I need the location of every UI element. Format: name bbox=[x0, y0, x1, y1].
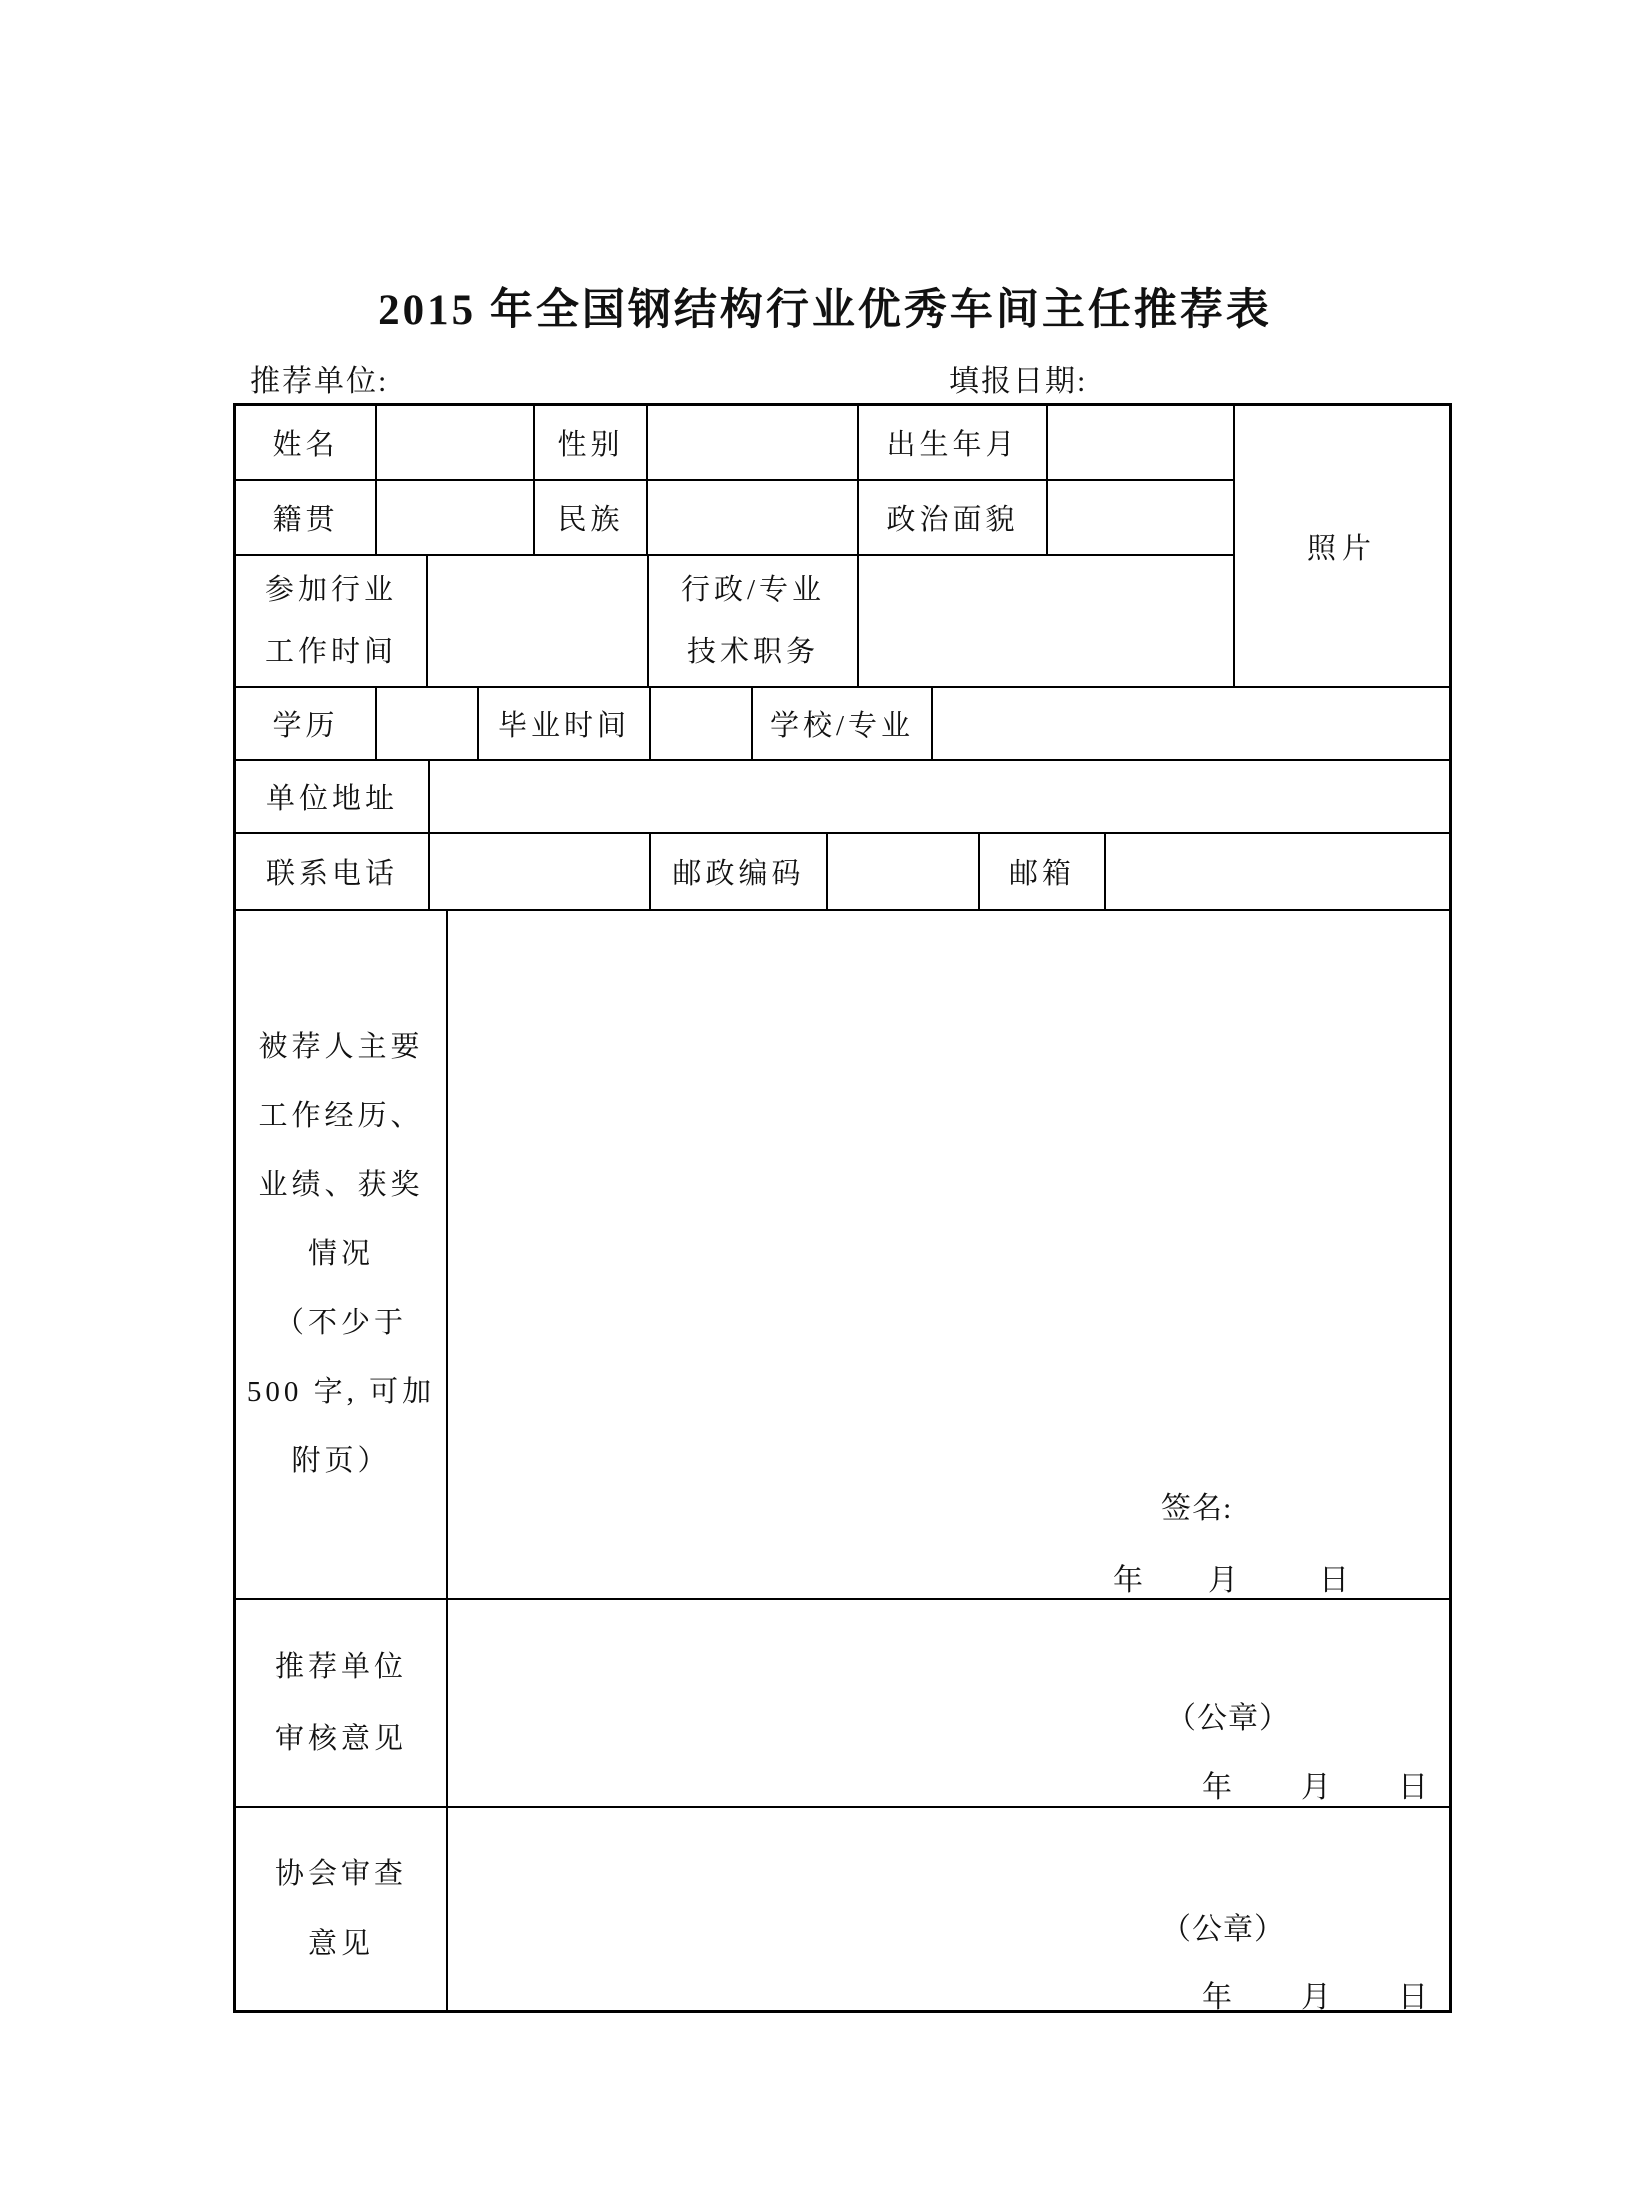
resume-day-label: 日 bbox=[1319, 1555, 1350, 1599]
document-page: 2015 年全国钢结构行业优秀车间主任推荐表 推荐单位: 填报日期: 姓名 性别… bbox=[0, 0, 1650, 2211]
unit-review-label: 推荐单位 审核意见 bbox=[236, 1600, 448, 1806]
name-label: 姓名 bbox=[236, 406, 377, 479]
ethnicity-label: 民族 bbox=[535, 481, 648, 554]
unit-review-seal-label: （公章） bbox=[1166, 1693, 1290, 1737]
gender-value-cell[interactable] bbox=[648, 406, 859, 479]
native-place-label: 籍贯 bbox=[236, 481, 377, 554]
resume-label-line2: 工作经历、 bbox=[258, 1082, 423, 1151]
admin-title-label-line1: 行政/专业 bbox=[681, 559, 825, 621]
school-major-label: 学校/专业 bbox=[753, 688, 933, 759]
education-label: 学历 bbox=[236, 688, 377, 759]
birth-label: 出生年月 bbox=[859, 406, 1048, 479]
resume-label-line6: 500 字, 可加 bbox=[247, 1358, 435, 1427]
unit-review-label-line1: 推荐单位 bbox=[275, 1631, 407, 1703]
assoc-review-day-label: 日 bbox=[1398, 1972, 1429, 2016]
assoc-review-label-line2: 意见 bbox=[308, 1909, 374, 1979]
resume-month-label: 月 bbox=[1208, 1555, 1239, 1599]
resume-content-cell[interactable]: 签名: 年 月 日 bbox=[448, 911, 1449, 1598]
resume-label-line5: （不少于 bbox=[275, 1289, 407, 1358]
admin-title-label: 行政/专业 技术职务 bbox=[649, 556, 859, 686]
email-label: 邮箱 bbox=[980, 834, 1106, 909]
education-value-cell[interactable] bbox=[377, 688, 479, 759]
school-major-value-cell[interactable] bbox=[933, 688, 1449, 759]
email-value-cell[interactable] bbox=[1106, 834, 1449, 909]
political-status-label: 政治面貌 bbox=[859, 481, 1048, 554]
postal-code-label: 邮政编码 bbox=[651, 834, 828, 909]
signature-label: 签名: bbox=[1161, 1483, 1232, 1527]
postal-code-value-cell[interactable] bbox=[828, 834, 980, 909]
admin-title-value-cell[interactable] bbox=[859, 556, 1233, 686]
gender-label: 性别 bbox=[535, 406, 648, 479]
unit-review-month-label: 月 bbox=[1301, 1762, 1332, 1806]
phone-value-cell[interactable] bbox=[430, 834, 651, 909]
assoc-review-content-cell[interactable]: （公章） 年 月 日 bbox=[448, 1808, 1449, 2010]
unit-review-content-cell[interactable]: （公章） 年 月 日 bbox=[448, 1600, 1449, 1806]
resume-label-line1: 被荐人主要 bbox=[258, 1013, 423, 1082]
unit-review-label-line2: 审核意见 bbox=[275, 1703, 407, 1775]
photo-label: 照片 bbox=[1307, 526, 1377, 567]
industry-join-time-label: 参加行业 工作时间 bbox=[236, 556, 428, 686]
ethnicity-value-cell[interactable] bbox=[648, 481, 859, 554]
basic-info-block: 姓名 性别 出生年月 籍贯 民族 政治面貌 参加行 bbox=[236, 406, 1449, 688]
fill-date-label: 填报日期: bbox=[949, 356, 1087, 400]
graduation-time-label: 毕业时间 bbox=[479, 688, 651, 759]
admin-title-label-line2: 技术职务 bbox=[687, 621, 819, 683]
unit-review-year-label: 年 bbox=[1202, 1762, 1233, 1806]
assoc-review-label-line1: 协会审查 bbox=[275, 1839, 407, 1909]
name-value-cell[interactable] bbox=[377, 406, 535, 479]
recommending-unit-label: 推荐单位: bbox=[250, 356, 388, 400]
assoc-review-year-label: 年 bbox=[1202, 1972, 1233, 2016]
assoc-review-seal-label: （公章） bbox=[1161, 1904, 1285, 1948]
unit-address-value-cell[interactable] bbox=[430, 761, 1449, 832]
unit-review-day-label: 日 bbox=[1398, 1762, 1429, 1806]
resume-label-line4: 情况 bbox=[308, 1220, 374, 1289]
industry-join-time-label-line1: 参加行业 bbox=[265, 559, 397, 621]
assoc-review-label: 协会审查 意见 bbox=[236, 1808, 448, 2010]
resume-year-label: 年 bbox=[1113, 1555, 1144, 1599]
resume-label: 被荐人主要 工作经历、 业绩、获奖 情况 （不少于 500 字, 可加 附页） bbox=[236, 911, 448, 1598]
political-status-value-cell[interactable] bbox=[1048, 481, 1233, 554]
page-title: 2015 年全国钢结构行业优秀车间主任推荐表 bbox=[0, 276, 1650, 337]
assoc-review-month-label: 月 bbox=[1301, 1972, 1332, 2016]
industry-join-time-value-cell[interactable] bbox=[428, 556, 649, 686]
native-place-value-cell[interactable] bbox=[377, 481, 535, 554]
birth-value-cell[interactable] bbox=[1048, 406, 1233, 479]
phone-label: 联系电话 bbox=[236, 834, 430, 909]
graduation-time-value-cell[interactable] bbox=[651, 688, 753, 759]
resume-label-line3: 业绩、获奖 bbox=[258, 1151, 423, 1220]
industry-join-time-label-line2: 工作时间 bbox=[265, 621, 397, 683]
recommendation-form-table: 姓名 性别 出生年月 籍贯 民族 政治面貌 参加行 bbox=[233, 403, 1452, 2013]
photo-cell[interactable]: 照片 bbox=[1233, 406, 1449, 686]
resume-label-line7: 附页） bbox=[291, 1427, 390, 1496]
unit-address-label: 单位地址 bbox=[236, 761, 430, 832]
